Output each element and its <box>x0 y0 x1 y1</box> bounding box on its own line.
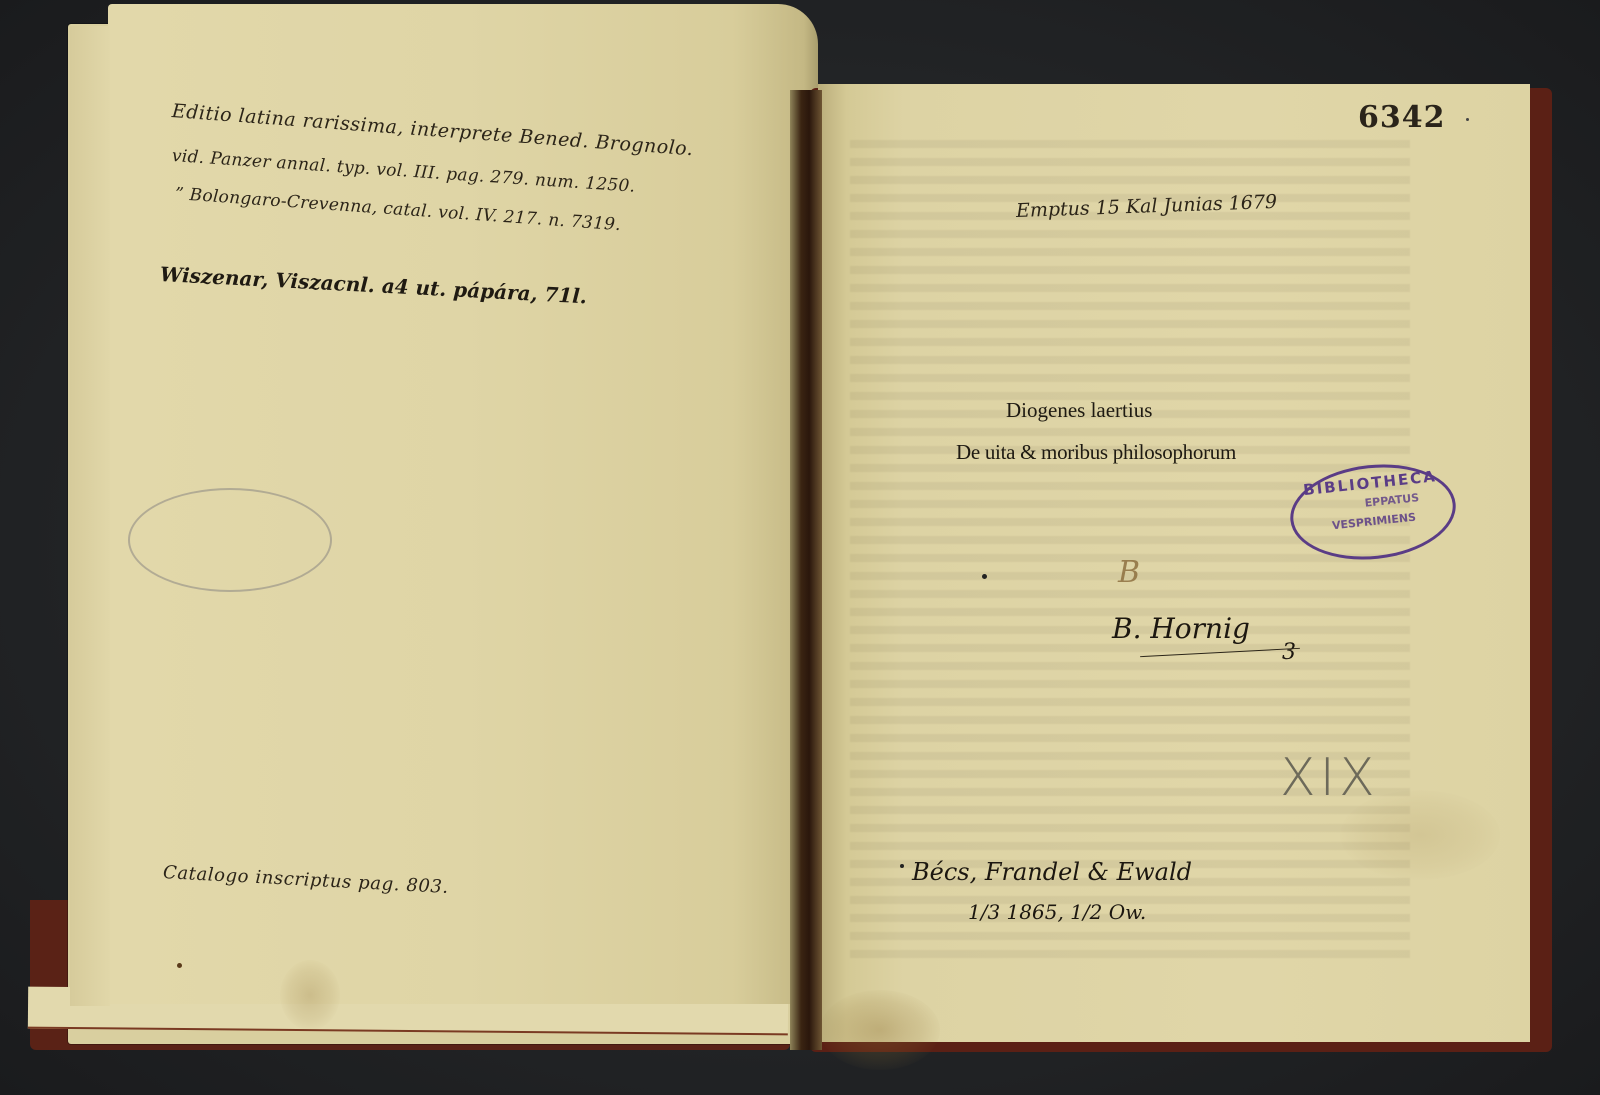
ink-dot <box>900 864 904 868</box>
ink-dot <box>177 963 182 968</box>
left-page-fold <box>70 26 110 1006</box>
shelfmark-number: 6342 <box>1358 100 1446 135</box>
book-gutter <box>790 90 822 1050</box>
dealer-note: Bécs, Frandel & Ewald <box>912 858 1192 886</box>
signature-suffix: 3 <box>1282 640 1296 665</box>
ink-dot <box>1466 118 1469 121</box>
title-author: Diogenes laertius <box>1006 398 1152 423</box>
faded-stamp <box>128 488 332 592</box>
owner-signature: B. Hornig <box>1112 612 1250 645</box>
dealer-date: 1/3 1865, 1/2 Ow. <box>968 900 1146 924</box>
ink-dot <box>982 574 987 579</box>
pencil-numeral: XIX <box>1280 748 1379 808</box>
water-stain <box>820 990 940 1070</box>
initial-mark: B <box>1118 555 1140 590</box>
foxing-stain <box>280 960 340 1030</box>
title-work: De uita & moribus philosophorum <box>956 440 1236 465</box>
